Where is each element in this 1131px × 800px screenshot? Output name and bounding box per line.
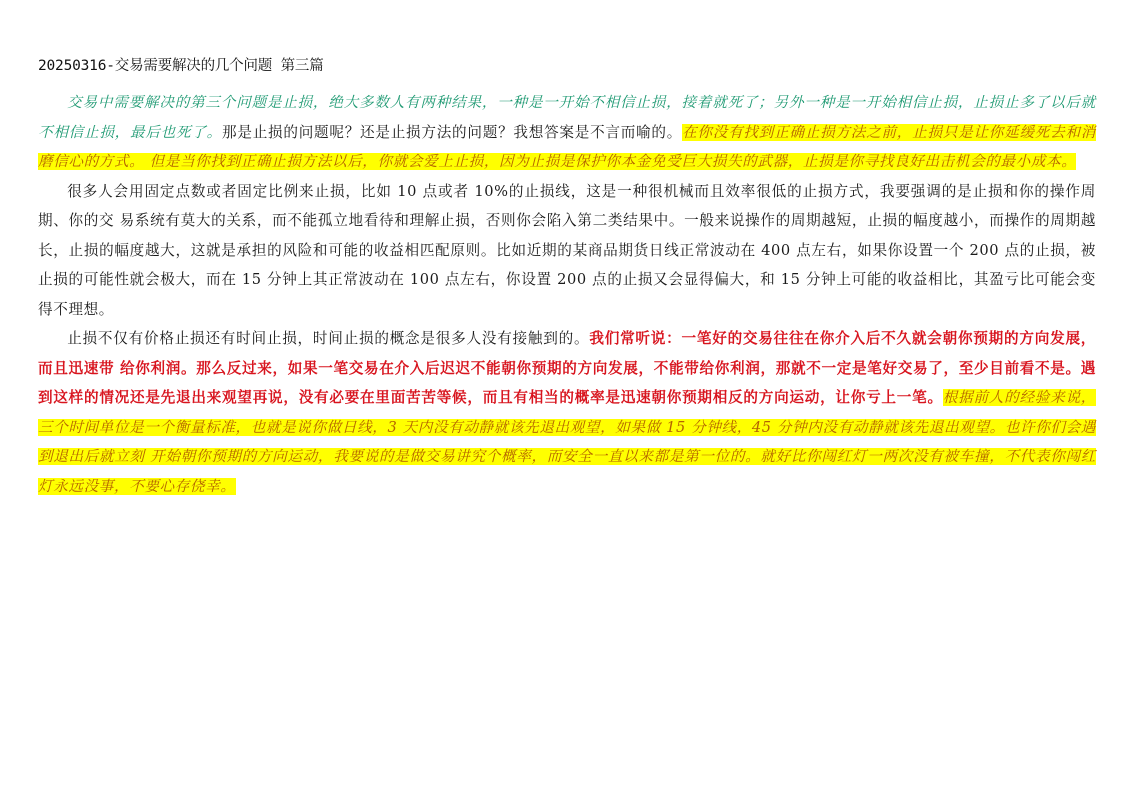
paragraph-stop-loss-intro: 交易中需要解决的第三个问题是止损，绝大多数人有两种结果，一种是一开始不相信止损，… [38,88,1096,177]
body-text: 止损不仅有价格止损还有时间止损，时间止损的概念是很多人没有接触到的。 [67,330,589,347]
paragraph-fixed-stop-loss: 很多人会用固定点数或者固定比例来止损，比如 10 点或者 10%的止损线，这是一… [38,177,1096,325]
paragraph-time-stop-loss: 止损不仅有价格止损还有时间止损，时间止损的概念是很多人没有接触到的。我们常听说：… [38,324,1096,501]
document-page: 20250316-交易需要解决的几个问题 第三篇 交易中需要解决的第三个问题是止… [38,56,1096,501]
document-title: 20250316-交易需要解决的几个问题 第三篇 [38,56,1096,76]
body-text: 很多人会用固定点数或者固定比例来止损，比如 10 点或者 10%的止损线，这是一… [38,183,1096,318]
body-text: 那是止损的问题呢？还是止损方法的问题？我想答案是不言而喻的。 [222,124,682,141]
